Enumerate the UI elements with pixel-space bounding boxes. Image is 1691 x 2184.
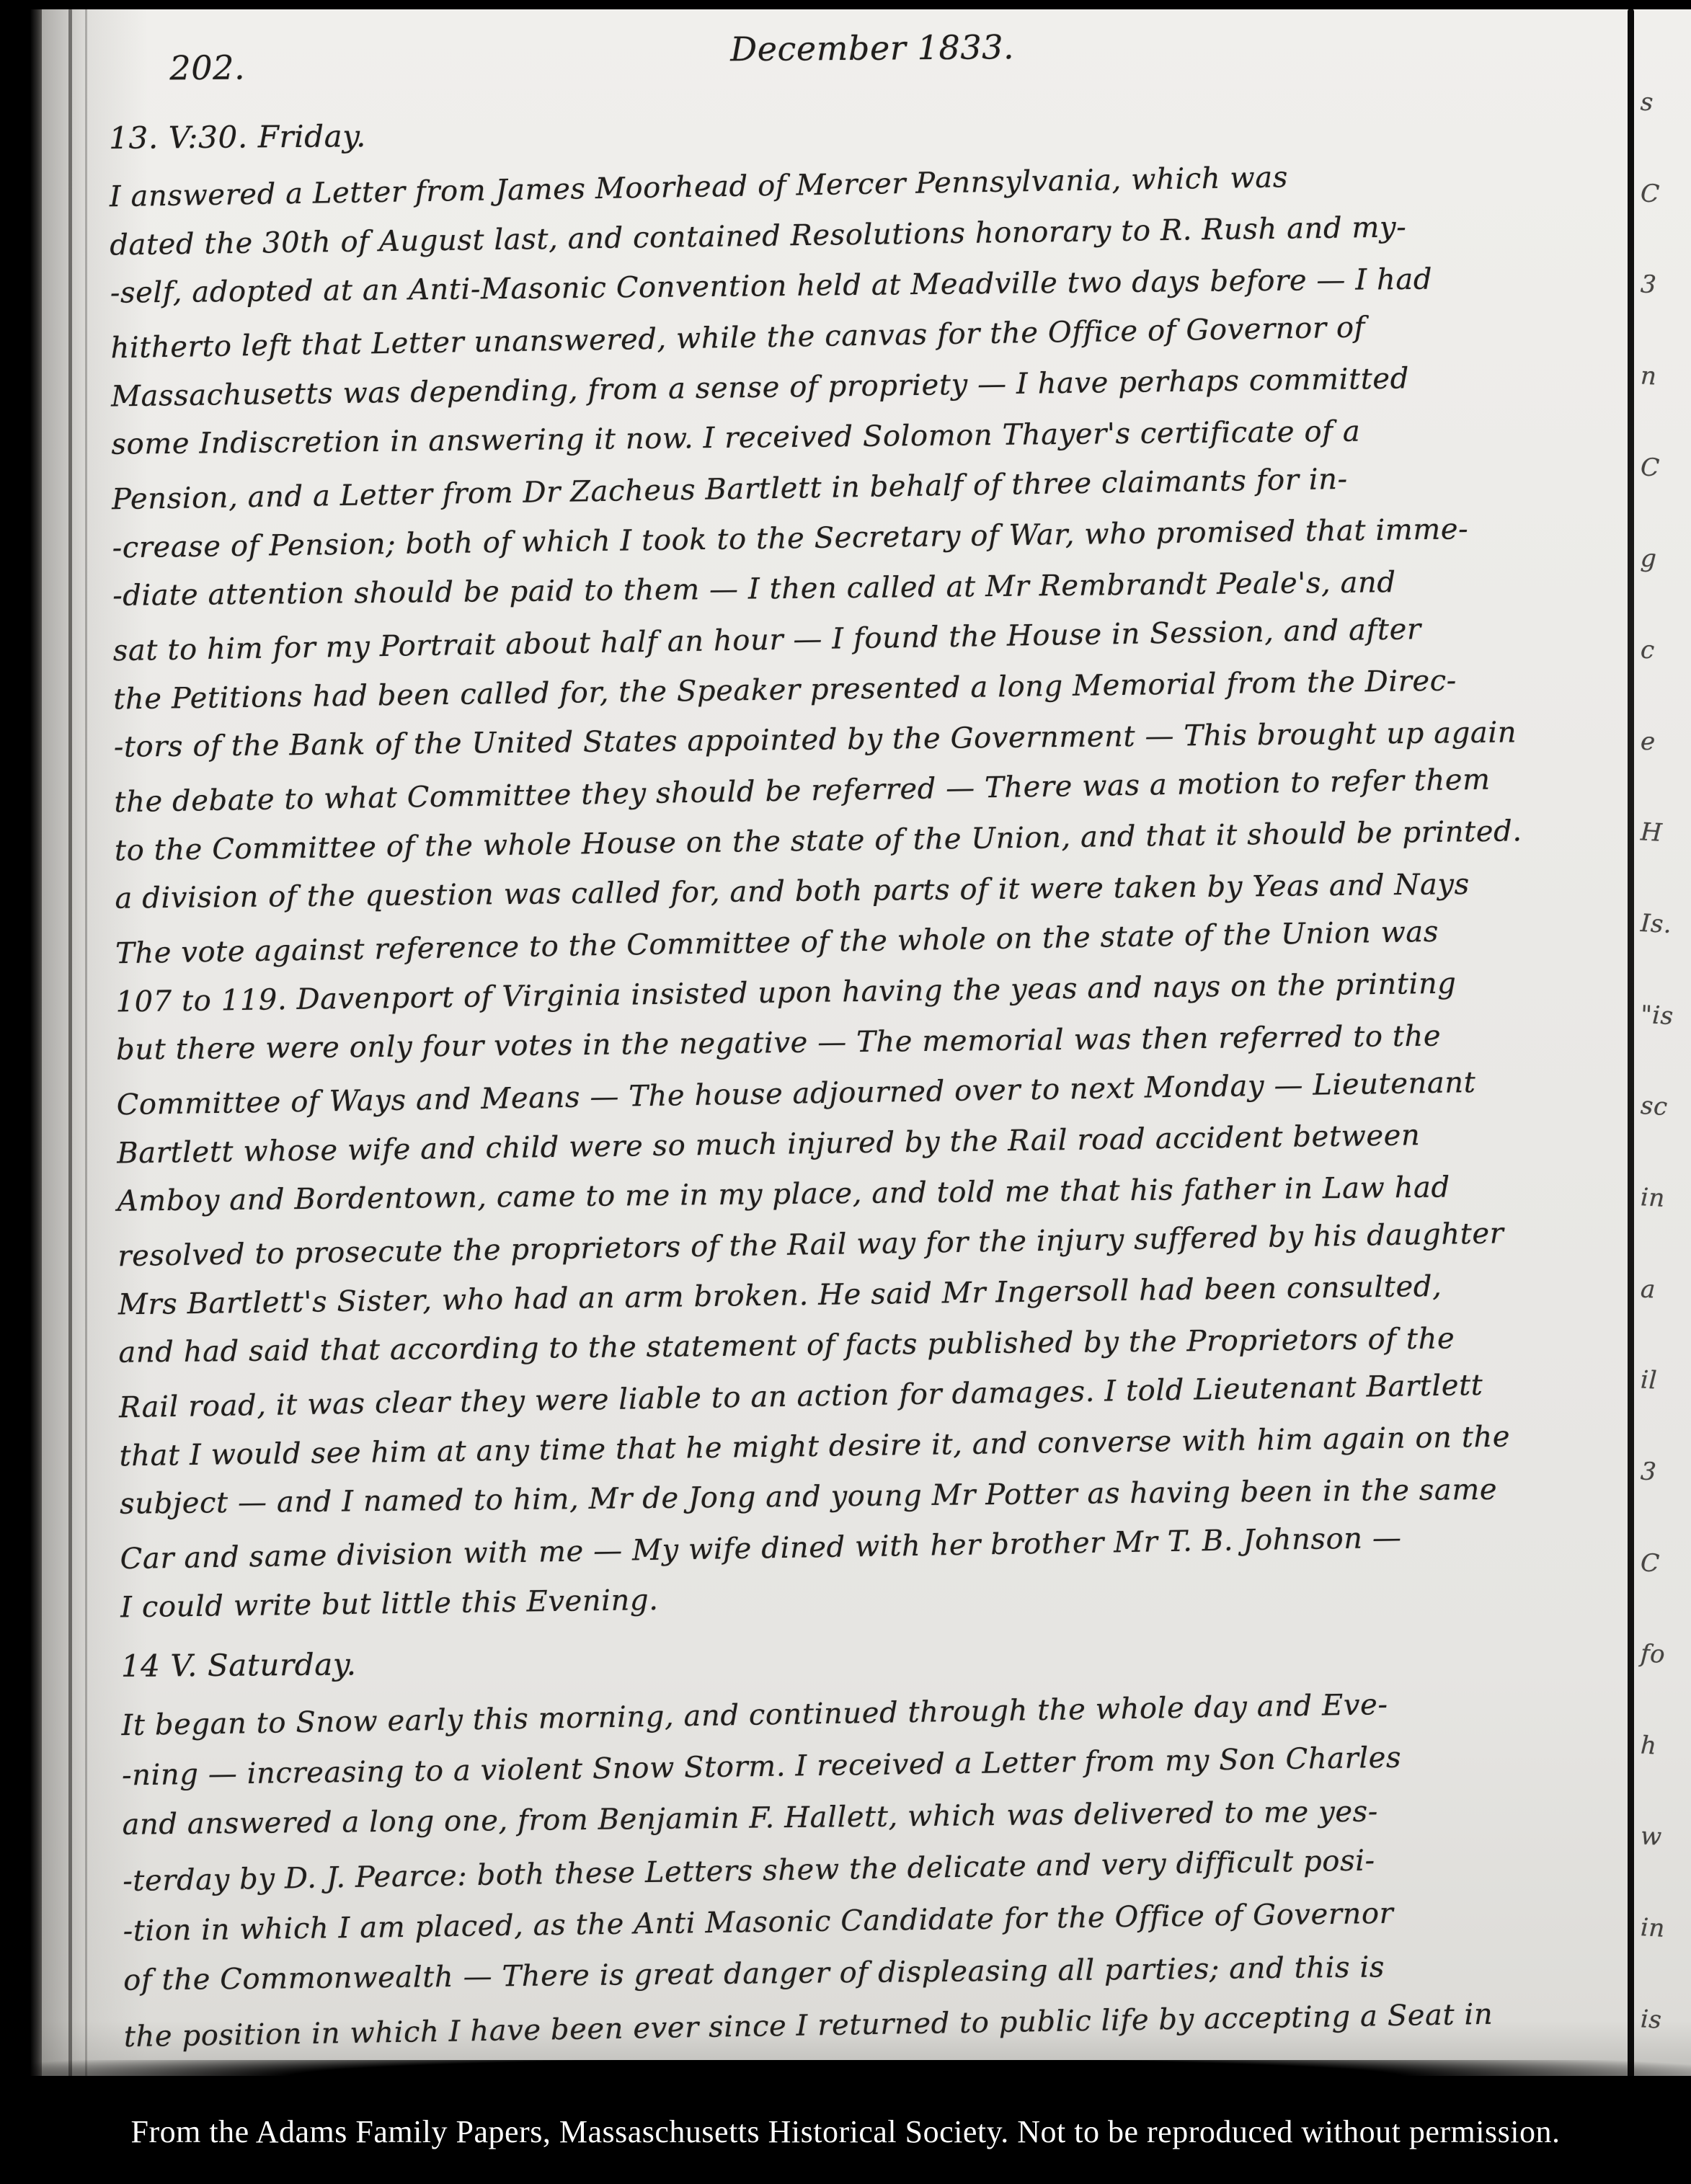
diary-entry-saturday: 14 V. Saturday. It began to Snow early t…: [121, 1628, 1652, 2056]
edge-fragment: C: [1640, 1548, 1661, 1578]
edge-fragment: sc: [1640, 1091, 1669, 1122]
edge-fragment: fo: [1640, 1639, 1666, 1669]
page-crease-line: [68, 9, 72, 2083]
page-header: 202. December 1833.: [108, 17, 1637, 112]
book-binding-edge: [0, 9, 42, 2083]
edge-fragment: "is: [1640, 1000, 1674, 1030]
manuscript-content: 202. December 1833. 13. V:30. Friday. I …: [108, 17, 1652, 2068]
edge-fragment: C: [1640, 453, 1661, 482]
edge-fragment: a: [1640, 1274, 1656, 1304]
edge-fragment: h: [1640, 1731, 1658, 1760]
edge-fragment: Is.: [1640, 909, 1673, 939]
header-date: December 1833.: [730, 27, 1014, 68]
edge-fragment: s: [1640, 88, 1654, 117]
edge-fragment: C: [1640, 179, 1661, 208]
edge-fragment: H: [1640, 817, 1663, 848]
edge-fragment: g: [1640, 544, 1657, 574]
page-number: 202.: [169, 48, 245, 88]
caption-bar: From the Adams Family Papers, Massaschus…: [0, 2076, 1691, 2184]
scan-top-border: [0, 0, 1691, 9]
edge-fragment: w: [1640, 1822, 1663, 1852]
edge-fragment: c: [1640, 635, 1656, 665]
edge-fragment: e: [1640, 727, 1656, 756]
page-crease-line-2: [85, 9, 87, 2083]
scanned-diary-page: 202. December 1833. 13. V:30. Friday. I …: [0, 0, 1691, 2184]
page-fold-line: [1628, 9, 1634, 2083]
edge-fragment: il: [1640, 1366, 1658, 1395]
edge-fragment: in: [1640, 1913, 1666, 1943]
diary-entry-friday: 13. V:30. Friday. I answered a Letter fr…: [109, 99, 1648, 1628]
caption-text: From the Adams Family Papers, Massaschus…: [0, 2113, 1691, 2150]
facing-page-sliver: s C 3 n C g c e H Is. "is sc in a il 3 C…: [1641, 88, 1691, 2034]
edge-fragment: 3: [1640, 270, 1657, 300]
edge-fragment: in: [1640, 1183, 1666, 1213]
edge-fragment: is: [1640, 2005, 1663, 2034]
manuscript-paper: 202. December 1833. 13. V:30. Friday. I …: [0, 9, 1691, 2083]
edge-fragment: n: [1640, 361, 1658, 391]
edge-fragment: 3: [1640, 1457, 1657, 1486]
